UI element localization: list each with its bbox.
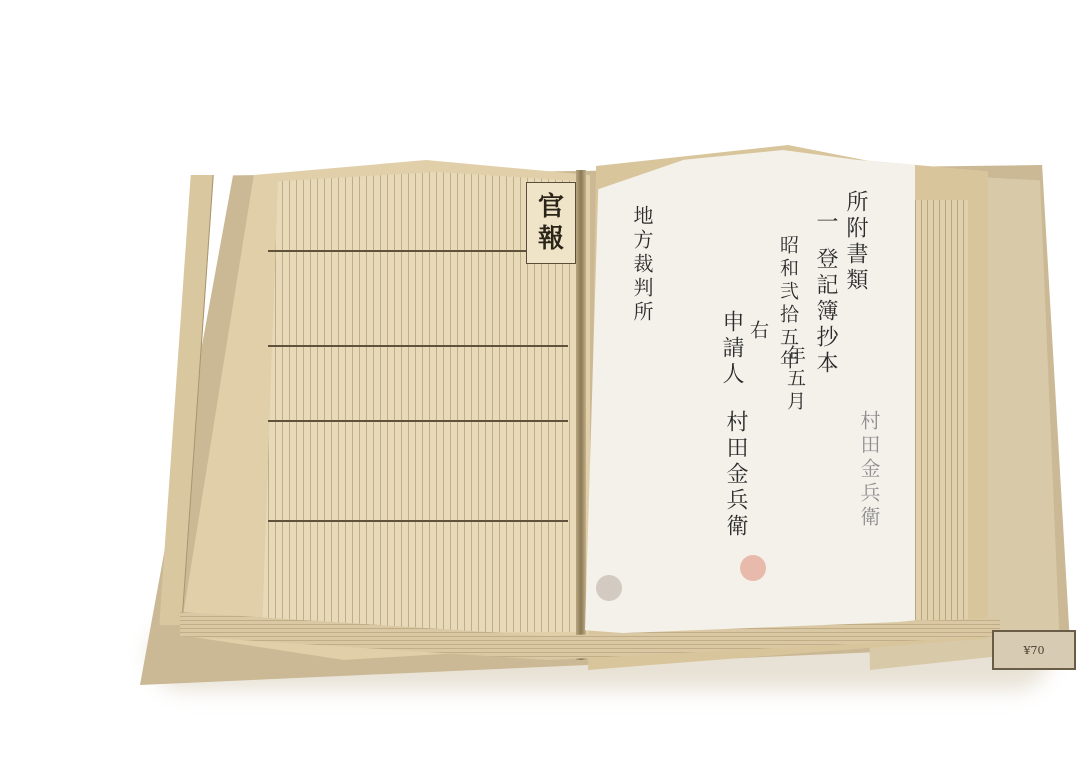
handwritten-signature: 村田金兵衛	[720, 410, 751, 540]
seal-stamp	[596, 575, 622, 601]
book-gutter	[576, 170, 586, 660]
section-divider	[268, 520, 568, 522]
price-text: ¥70	[1024, 644, 1045, 657]
handwritten-line: 申請人	[716, 310, 747, 388]
price-label: ¥70	[992, 630, 1076, 670]
section-divider	[268, 420, 568, 422]
photo-scene: 官 報 所附書類 一 登記簿抄本 昭和弐拾五年 右 申請人 村田金兵衛 年五月 …	[0, 0, 1080, 757]
masthead-char: 官	[538, 191, 564, 223]
handwritten-line: 年五月	[782, 345, 809, 414]
faint-name: 村田金兵衛	[855, 410, 884, 530]
section-divider	[268, 250, 526, 252]
masthead-char: 報	[538, 223, 564, 255]
gazette-masthead: 官 報	[526, 182, 576, 264]
handwritten-line: 地方裁判所	[628, 205, 657, 325]
section-divider	[268, 345, 568, 347]
handwritten-line: 所附書類	[840, 190, 871, 294]
red-seal-stamp	[740, 555, 766, 581]
handwritten-line: 右	[745, 320, 772, 343]
handwritten-line: 一 登記簿抄本	[810, 210, 841, 377]
